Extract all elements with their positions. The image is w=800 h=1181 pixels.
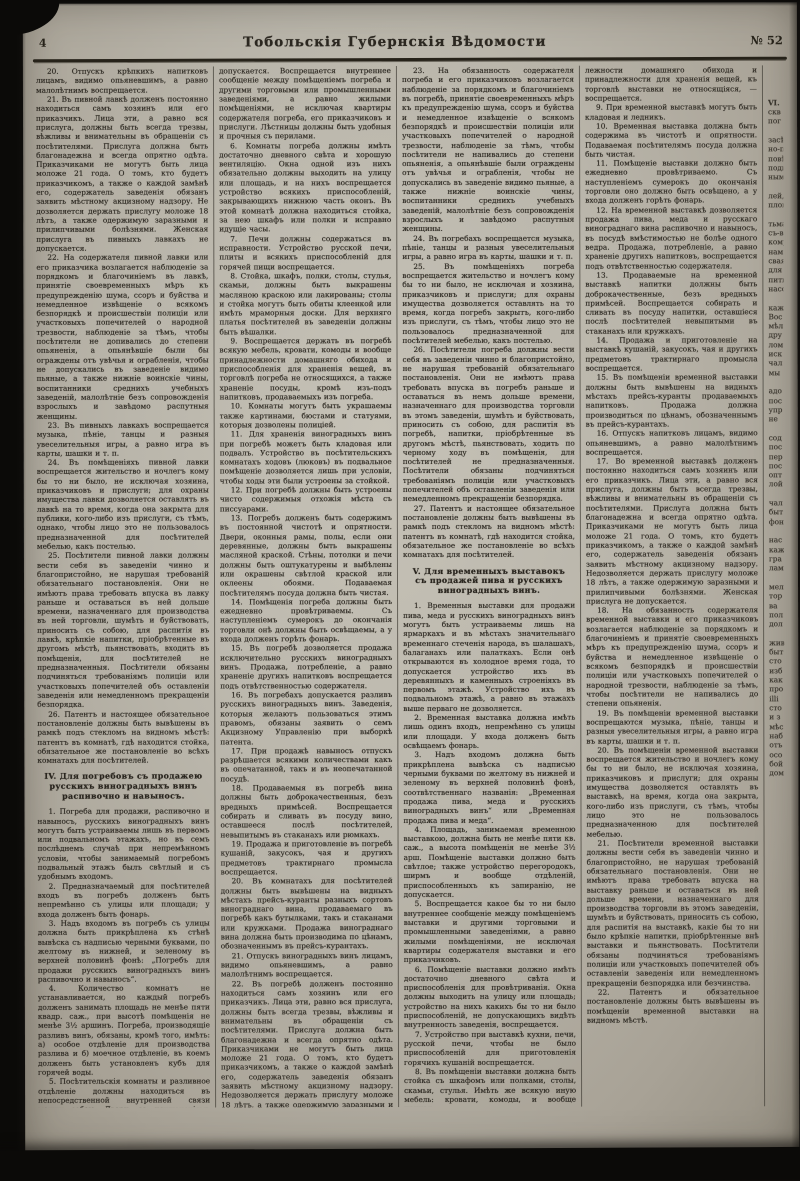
paragraph: 2. Временная выставка должна имѣть лишь … (403, 713, 575, 751)
column-rule (762, 65, 765, 1108)
cutoff-text-fragment (769, 629, 784, 638)
right-edge-shadow (789, 2, 799, 1154)
cutoff-text-fragment: VI. (768, 98, 783, 107)
paragraph: 11. Для храненія виноградныхъ винъ при п… (220, 429, 392, 485)
cutoff-text-fragment: illi (769, 694, 784, 703)
cutoff-text-fragment: но-п (768, 144, 783, 153)
paragraph: 22. Въ погребѣ долженъ постоянно находит… (221, 979, 393, 1108)
cutoff-text-fragment: фон (769, 517, 784, 526)
paragraph: 22. Патентъ и обязательное постановленіе… (587, 987, 759, 1025)
paragraph: 20. Отпускъ крѣпкихъ напитковъ лицамъ, в… (36, 66, 208, 94)
cutoff-text-fragment: жив (769, 638, 784, 647)
paragraph: 5. Воспрещается какое бы то ни было внут… (404, 899, 576, 965)
paragraph: 17. Во временной выставкѣ долженъ постоя… (586, 456, 758, 605)
cutoff-text-fragment: гра (769, 554, 784, 563)
text-column-3: 23. На обязанность содержателя погреба и… (402, 66, 576, 1107)
paragraph: 4. Площадь, занимаемая временною выставк… (404, 824, 576, 899)
cutoff-text-fragment: дру (768, 331, 783, 340)
section-heading: V. Для временныхъ выставокъ съ продажей … (406, 566, 572, 595)
cutoff-text-fragment: подв (768, 163, 783, 172)
paragraph: 27. Патентъ и настоящее обязательное пос… (403, 503, 575, 559)
cutoff-text-fragment: как (769, 675, 784, 684)
paragraph: 19. Въ помѣщеніи временной выставки восп… (586, 708, 758, 746)
cutoff-text-fragment: сод (769, 433, 784, 442)
paragraph: 5. Посѣтительскія комнаты и разливное от… (38, 1077, 210, 1108)
paragraph: 26. Посѣтители погреба должны вести себя… (403, 345, 575, 504)
paragraph: 11. Помѣщеніе выставки должно быть ежедн… (585, 158, 757, 205)
cutoff-text-fragment: адо (769, 387, 784, 396)
cutoff-text-fragment: иск (769, 349, 784, 358)
cutoff-text-fragment: про (769, 685, 784, 694)
paragraph: 24. Въ погребахъ воспрещается музыка, пѣ… (402, 233, 574, 261)
cutoff-text-fragment (769, 489, 784, 498)
paragraph: 16. Въ погребахъ допускается разливъ рус… (220, 690, 392, 746)
cutoff-text-fragment: площ (768, 200, 783, 209)
cutoff-text-fragment: тьма (768, 219, 783, 228)
paragraph: 13. Продаваемые на временной выставкѣ на… (585, 270, 757, 336)
paragraph: 21. Въ пивной лавкѣ долженъ постоянно на… (36, 94, 208, 253)
paragraph: 17. При продажѣ навыносъ отпускъ разрѣша… (220, 746, 392, 784)
cutoff-text-fragment: сто (769, 703, 784, 712)
cutoff-text-fragment: осо (769, 750, 784, 759)
paragraph: 24. Въ помѣщеніяхъ пивной лавки воспреща… (37, 458, 209, 551)
cutoff-text-fragment (768, 79, 783, 88)
paragraph: 2. Предназначаемый для посѣтителей входъ… (38, 881, 210, 919)
cutoff-text-fragment: скв (768, 107, 783, 116)
scan-left-edge (0, 0, 26, 1160)
paragraph: 20. Въ комнатахъ для посѣтителей должны … (221, 876, 393, 951)
paragraph: допускается. Воспрещается внутреннее соо… (219, 66, 391, 141)
paragraph: 8. Стойка, шкафъ, полки, столы, стулья, … (219, 271, 391, 337)
cutoff-text-fragment: чал (769, 498, 784, 507)
cutoff-text-fragment: Вос (768, 312, 783, 321)
section-heading: IV. Для погребовъ съ продажею русскихъ в… (40, 772, 206, 801)
paragraph: 3. Надъ входомъ должна быть прикрѣплена … (403, 750, 575, 825)
cutoff-text-fragment: пос (769, 461, 784, 470)
paragraph: 25. Въ помѣщеніяхъ погреба воспрещается … (402, 261, 574, 345)
text-column-4: лежности домашняго обихода и принадлежно… (585, 65, 759, 1106)
cutoff-text-fragment (768, 210, 783, 219)
paragraph: 20. Въ помѣщеніи временной выставки восп… (586, 745, 758, 838)
paragraph: 21. Отпускъ виноградныхъ винъ лицамъ, ви… (221, 951, 393, 979)
cutoff-text-fragment (769, 526, 784, 535)
cutoff-text-fragment: упр (769, 405, 784, 414)
paragraph: 26. Патентъ и настоящее обязательное пос… (37, 709, 209, 765)
cutoff-text-fragment (768, 126, 783, 135)
paragraph: 23. Въ пивныхъ лавкахъ воспрещается музы… (37, 420, 209, 458)
cutoff-text-fragment: съ-в (768, 228, 783, 237)
scan-bottom-edge (0, 1147, 800, 1181)
cutoff-text-fragment: тор (769, 591, 784, 600)
cutoff-text-fragment: быт (769, 508, 784, 517)
paragraph: 16. Отпускъ напитковъ лицамъ, видимо опь… (586, 428, 758, 456)
cutoff-text-fragment: каж (769, 545, 784, 554)
paragraph: 18. На обязанность содержателя временной… (586, 605, 758, 708)
paragraph: 9. При временной выставкѣ могутъ быть кл… (585, 103, 757, 122)
paragraph: 8. Въ помѣщеніи выставки должна быть сто… (404, 1067, 576, 1107)
column-rule (213, 66, 216, 1107)
cutoff-text-fragment: мы (769, 368, 784, 377)
paragraph: 19. Продажа и приготовленіе въ погребѣ к… (221, 839, 393, 877)
cutoff-text-fragment: сто (769, 657, 784, 666)
cutoff-text-fragment: пер (769, 452, 784, 461)
cutoff-text-fragment: не (769, 414, 784, 423)
cutoff-text-fragment: пить (768, 275, 783, 284)
cutoff-text-fragment: нами (768, 247, 783, 256)
paragraph: 12. На временной выставкѣ дозволяется пр… (585, 205, 757, 271)
cutoff-text-fragment: мѣс (769, 722, 784, 731)
cutoff-text-fragment: кому (768, 238, 783, 247)
paragraph: 10. Временная выставка должна быть содер… (585, 121, 757, 159)
paragraph: 15. Въ помѣщеніи временной выставки долж… (586, 373, 758, 429)
paragraph: 4. Количество комнатъ не устанавливается… (38, 984, 210, 1077)
paragraph: лежности домашняго обихода и принадлежно… (585, 65, 757, 103)
column-rule (579, 66, 582, 1108)
paragraph: 21. Посѣтители временной выставки должны… (587, 838, 759, 987)
paragraph: 22. На содержателя пивной лавки или его … (36, 253, 208, 421)
cutoff-text-fragment: пос (769, 396, 784, 405)
cutoff-text-fragment: каж (768, 303, 783, 312)
cutoff-text-fragment: изб (769, 666, 784, 675)
cutoff-text-fragment: лам (769, 563, 784, 572)
text-column-1: 20. Отпускъ крѣпкихъ напитковъ лицамъ, в… (36, 66, 210, 1107)
cutoff-text-fragment: дом (769, 768, 784, 777)
paragraph: 14. Помѣщенія погреба должны быть ежедне… (220, 597, 392, 644)
scan-top-edge (0, 0, 800, 6)
cutoff-text-fragment: отъ (769, 740, 784, 749)
newspaper-page: 4 Тобольскія Губернскія Вѣдомости № 52 2… (23, 2, 799, 1156)
issue-number: № 52 (750, 33, 783, 47)
paragraph: 7. Печи должны содержаться въ исправност… (219, 234, 391, 272)
cutoff-text-fragment: быт (769, 647, 784, 656)
cutoff-text-fragment: дол (769, 619, 784, 628)
paragraph: 1. Временныя выставки для продажи пива, … (403, 601, 575, 713)
paragraph: 23. На обязанность содержателя погреба и… (402, 66, 574, 234)
cutoff-text-fragment (768, 89, 783, 98)
paragraph: 9. Воспрещается держать въ погребѣ всяку… (219, 336, 391, 402)
cutoff-text-fragment: мел (769, 582, 784, 591)
cutoff-text-fragment: для (768, 265, 783, 274)
paragraph: 15. Въ погребѣ дозволяется продажа исклю… (220, 643, 392, 690)
cutoff-text-fragment (768, 293, 783, 302)
cutoff-text-fragment: пол (769, 610, 784, 619)
paragraph: 3. Надъ входомъ въ погребъ съ улицы долж… (38, 918, 210, 984)
cutoff-text-fragment: наб (769, 731, 784, 740)
cutoff-text-fragment: пог (768, 116, 783, 125)
cutoff-text-fragment: бой (769, 759, 784, 768)
page-header: 4 Тобольскія Губернскія Вѣдомости № 52 (23, 29, 797, 57)
cutoff-text-fragment: нымъ (768, 172, 783, 181)
cutoff-text-fragment: лом (769, 340, 784, 349)
paragraph: 14. Продажа и приготовленіе на выставкѣ … (585, 335, 757, 373)
header-rule (33, 57, 787, 63)
cutoff-text-fragment (769, 377, 784, 386)
text-column-2: допускается. Воспрещается внутреннее соо… (219, 66, 393, 1107)
cutoff-text-fragment: и з (769, 712, 784, 721)
paragraph: 10. Комнаты могутъ быть украшаемы также … (220, 401, 392, 429)
paragraph: 7. Устройство при выставкѣ кухни, печи, … (404, 1029, 576, 1067)
cutoff-text-fragment: лей, (768, 191, 783, 200)
paragraph: 12. При погребѣ должны быть устроены чис… (220, 485, 392, 513)
paragraph: 6. Помѣщеніе выставки должно имѣть доста… (404, 964, 576, 1030)
cutoff-text-fragment: чал (769, 359, 784, 368)
cutoff-text-fragment: повѣ (768, 154, 783, 163)
cutoff-text-fragment: засѣ (768, 135, 783, 144)
column-rule (396, 66, 399, 1108)
newspaper-scan: 4 Тобольскія Губернскія Вѣдомости № 52 2… (0, 0, 800, 1181)
cutoff-text-fragment (768, 182, 783, 191)
cutoff-text-fragment: опт (769, 470, 784, 479)
paragraph: 6. Комнаты погреба должны имѣть достаточ… (219, 141, 391, 234)
cutoff-text-fragment: ва (769, 601, 784, 610)
paragraph: 18. Продаваемыя въ погребѣ вина должны б… (220, 783, 392, 839)
cutoff-text-fragment: нас (769, 536, 784, 545)
paragraph: 13. Погребъ долженъ быть содержимъ въ по… (220, 513, 392, 597)
cutoff-text-fragment: пос (769, 442, 784, 451)
cutoff-text-fragment: мѣл (768, 321, 783, 330)
masthead-title: Тобольскія Губернскія Вѣдомости (23, 33, 767, 51)
cutoff-text-fragment: свая (768, 256, 783, 265)
text-columns: 20. Отпускъ крѣпкихъ напитковъ лицамъ, в… (36, 65, 794, 1108)
cutoff-text-fragment (769, 573, 784, 582)
paragraph: 1. Погреба для продажи, распивочно и нав… (37, 807, 209, 882)
cutoff-text-fragment: насо (768, 284, 783, 293)
paragraph: 25. Посѣтители пивной лавки должны вести… (37, 551, 209, 710)
cutoff-text-fragment (769, 424, 784, 433)
next-page-cutoff-column: VI.сквпогзасѣно-пповѣподвнымълей,площтьм… (768, 65, 785, 1106)
cutoff-text-fragment: лой (769, 480, 784, 489)
